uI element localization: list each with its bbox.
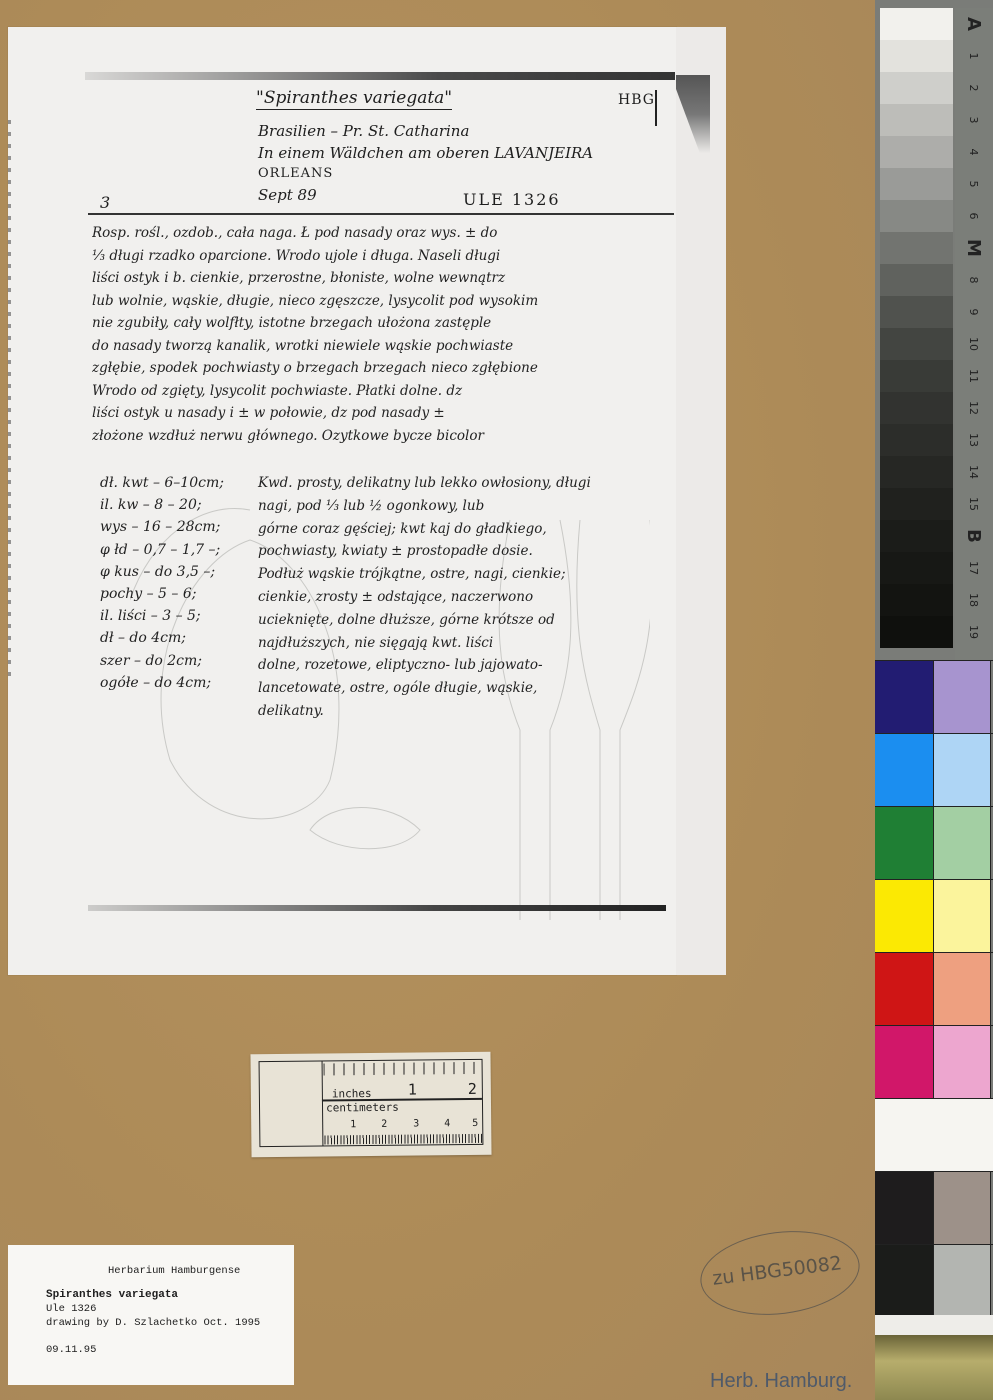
detail-line: dolne, rozetowe, eliptyczno- lub jajowat… bbox=[258, 654, 668, 677]
gray-swatch bbox=[880, 136, 953, 168]
header-locality-2: In einem Wäldchen am oberen LAVANJEIRA bbox=[258, 144, 593, 162]
gray-swatch bbox=[880, 328, 953, 360]
measurement-item: dł – do 4cm; bbox=[100, 627, 260, 649]
herbarium-label: Herbarium Hamburgense Spiranthes variega… bbox=[8, 1245, 294, 1385]
gray-scale-swatches bbox=[880, 8, 953, 648]
description-line: lub wolnie, wąskie, długie, nieco zgęszc… bbox=[92, 290, 662, 313]
detail-line: górne coraz gęściej; kwt kaj do gładkieg… bbox=[258, 518, 668, 541]
white-swatch bbox=[875, 1098, 993, 1171]
ruler-inch-1: 1 bbox=[408, 1081, 417, 1099]
color-swatch bbox=[875, 1172, 934, 1244]
description-line: złożone wzdłuż nerwu głównego. Ozytkowe … bbox=[92, 425, 662, 448]
detail-line: nagi, pod ⅓ lub ½ ogonkowy, lub bbox=[258, 495, 668, 518]
ruler-blank-area bbox=[260, 1062, 324, 1147]
description-line: zgłębie, spodek pochwiasty o brzegach br… bbox=[92, 357, 662, 380]
gray-swatch bbox=[880, 456, 953, 488]
header-herbarium-code: HBG bbox=[618, 92, 655, 108]
gray-swatch bbox=[880, 200, 953, 232]
color-swatch bbox=[875, 1026, 934, 1098]
collector-number: ULE 1326 bbox=[463, 190, 561, 209]
gray-swatch bbox=[880, 72, 953, 104]
color-swatch bbox=[875, 734, 934, 806]
header-date: Sept 89 bbox=[258, 186, 317, 204]
measurement-item: szer – do 2cm; bbox=[100, 650, 260, 672]
gray-swatch bbox=[880, 264, 953, 296]
chart-bottom-edge bbox=[875, 1335, 993, 1400]
color-swatch-row bbox=[875, 879, 993, 952]
ruler-cm-1: 1 bbox=[350, 1119, 356, 1130]
header-taxon-name: "Spiranthes variegata" bbox=[256, 88, 452, 110]
gray-label: 19 bbox=[958, 613, 990, 651]
color-swatch bbox=[934, 661, 991, 733]
measurement-item: wys – 16 – 28cm; bbox=[100, 516, 260, 538]
measurement-item: ogółe – do 4cm; bbox=[100, 672, 260, 694]
ruler-cm-5: 5 bbox=[472, 1118, 478, 1129]
detail-line: pochwiasty, kwiaty ± prostopadłe dosie. bbox=[258, 540, 668, 563]
color-swatch bbox=[934, 734, 991, 806]
measurement-item: pochy – 5 – 6; bbox=[100, 583, 260, 605]
color-swatch bbox=[934, 953, 991, 1025]
gray-swatch bbox=[880, 40, 953, 72]
color-swatch-row bbox=[875, 733, 993, 806]
detail-line: lancetowate, ostre, ogóle długie, wąskie… bbox=[258, 677, 668, 700]
color-swatch-row bbox=[875, 1171, 993, 1244]
label-institution: Herbarium Hamburgense bbox=[108, 1265, 240, 1277]
measurement-list: dł. kwt – 6–10cm; il. kw – 8 – 20; wys –… bbox=[100, 472, 260, 694]
gray-swatch bbox=[880, 232, 953, 264]
chart-white-strip bbox=[875, 1315, 993, 1335]
color-swatch bbox=[934, 880, 991, 952]
detail-line: najdłuższych, nie sięgają kwt. liści bbox=[258, 632, 668, 655]
detail-line: delikatny. bbox=[258, 700, 668, 723]
gray-swatch bbox=[880, 104, 953, 136]
copy-edge-shadow-top bbox=[85, 72, 675, 80]
description-line: liści ostyk i b. cienkie, przerostne, bł… bbox=[92, 267, 662, 290]
color-swatch bbox=[875, 880, 934, 952]
color-swatch-row bbox=[875, 952, 993, 1025]
gray-scale-labels: A123456M89101112131415B171819 bbox=[955, 8, 993, 660]
color-swatch bbox=[934, 807, 991, 879]
ruler-cm-3: 3 bbox=[413, 1118, 419, 1129]
measurement-item: φ kus – do 3,5 –; bbox=[100, 561, 260, 583]
color-swatch bbox=[875, 1245, 934, 1317]
gray-swatch bbox=[880, 392, 953, 424]
color-swatch bbox=[934, 1172, 991, 1244]
color-swatch-row bbox=[875, 660, 993, 733]
header-divider bbox=[88, 213, 674, 215]
description-line: Rosp. rośl., ozdob., cała naga. Ł pod na… bbox=[92, 222, 662, 245]
color-swatch-row bbox=[875, 806, 993, 879]
color-swatch bbox=[875, 807, 934, 879]
header-code-bar bbox=[655, 90, 657, 126]
description-line: do nasady tworzą kanalik, wrotki niewiel… bbox=[92, 335, 662, 358]
description-line: liści ostyk u nasady i ± w połowie, dz p… bbox=[92, 402, 662, 425]
color-swatch-grid bbox=[875, 660, 993, 1317]
detail-line: Podłuż wąskie trójkątne, ostre, nagi, ci… bbox=[258, 563, 668, 586]
color-swatch bbox=[875, 661, 934, 733]
measurement-item: il. liści – 3 – 5; bbox=[100, 605, 260, 627]
page-number: 3 bbox=[100, 193, 110, 212]
cm-ticks bbox=[324, 1134, 482, 1145]
scale-ruler: inches 1 2 centimeters 1 2 3 4 5 bbox=[250, 1052, 491, 1158]
inch-ticks bbox=[324, 1062, 482, 1076]
detail-line: ucieknięte, dolne dłuższe, górne krótsze… bbox=[258, 609, 668, 632]
description-line: ⅓ długi rzadko oparcione. Wrodo ujole i … bbox=[92, 245, 662, 268]
label-date: 09.11.95 bbox=[46, 1344, 96, 1356]
color-swatch bbox=[934, 1026, 991, 1098]
color-swatch-row bbox=[875, 1025, 993, 1098]
color-swatch bbox=[934, 1245, 991, 1317]
left-margin-marks bbox=[8, 120, 11, 680]
detail-paragraph: Kwd. prosty, delikatny lub lekko owłosio… bbox=[258, 472, 668, 723]
gray-swatch bbox=[880, 168, 953, 200]
gray-swatch bbox=[880, 8, 953, 40]
herbarium-stamp: Herb. Hamburg. bbox=[710, 1370, 852, 1393]
gray-swatch bbox=[880, 552, 953, 584]
gray-swatch bbox=[880, 584, 953, 616]
ruler-cm-2: 2 bbox=[381, 1119, 387, 1130]
ruler-inch-2: 2 bbox=[468, 1080, 477, 1098]
measurement-item: φ łd – 0,7 – 1,7 –; bbox=[100, 539, 260, 561]
header-locality-3: ORLEANS bbox=[258, 166, 333, 181]
measurement-item: il. kw – 8 – 20; bbox=[100, 494, 260, 516]
description-paragraph: Rosp. rośl., ozdob., cała naga. Ł pod na… bbox=[92, 222, 662, 447]
ruler-cm-4: 4 bbox=[444, 1118, 450, 1129]
gray-swatch bbox=[880, 488, 953, 520]
copy-edge-shadow-bottom bbox=[88, 905, 666, 911]
label-taxon: Spiranthes variegata bbox=[46, 1289, 178, 1301]
measurement-item: dł. kwt – 6–10cm; bbox=[100, 472, 260, 494]
description-line: Wrodo od zgięty, lysycolit pochwiaste. P… bbox=[92, 380, 662, 403]
description-line: nie zgubiły, cały wolfłty, istotne brzeg… bbox=[92, 312, 662, 335]
overlapping-sheet-edge bbox=[676, 27, 726, 975]
gray-swatch bbox=[880, 296, 953, 328]
gray-swatch bbox=[880, 616, 953, 648]
header-locality-1: Brasilien – Pr. St. Catharina bbox=[258, 122, 469, 140]
detail-line: cienkie, zrosty ± odstające, naczerwono bbox=[258, 586, 668, 609]
gray-swatch bbox=[880, 360, 953, 392]
gray-swatch bbox=[880, 520, 953, 552]
ruler-centimeters-label: centimeters bbox=[326, 1101, 399, 1115]
gray-swatch bbox=[880, 424, 953, 456]
color-swatch-row bbox=[875, 1244, 993, 1317]
ruler-frame: inches 1 2 centimeters 1 2 3 4 5 bbox=[259, 1059, 484, 1147]
label-note: drawing by D. Szlachetko Oct. 1995 bbox=[46, 1317, 260, 1329]
label-collector: Ule 1326 bbox=[46, 1303, 96, 1315]
color-calibration-chart: A123456M89101112131415B171819 bbox=[875, 0, 993, 1400]
detail-line: Kwd. prosty, delikatny lub lekko owłosio… bbox=[258, 472, 668, 495]
color-swatch bbox=[875, 953, 934, 1025]
